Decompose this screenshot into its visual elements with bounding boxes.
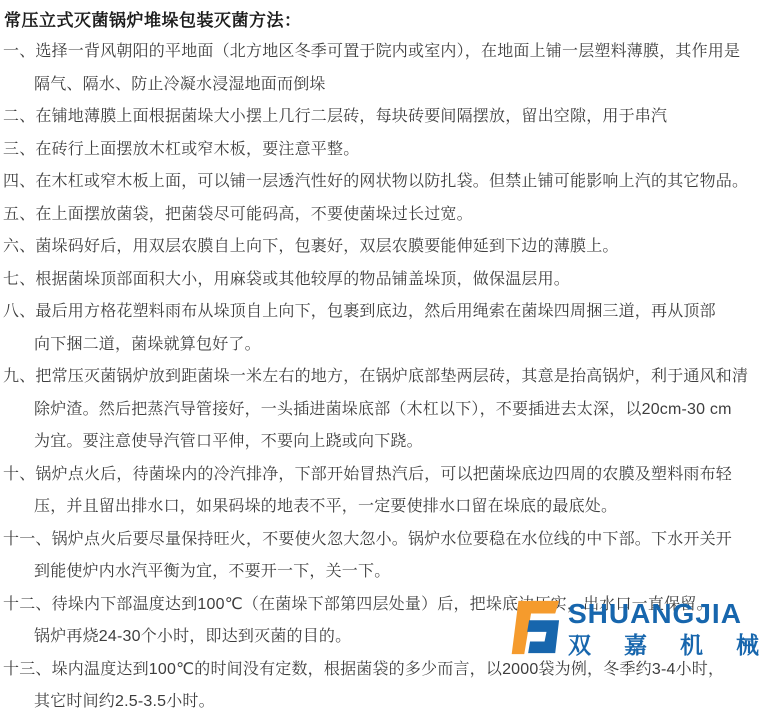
shuangjia-s-icon [503, 599, 561, 657]
instruction-line: 八、最后用方格花塑料雨布从垛顶自上向下，包裹到底边，然后用绳索在菌垛四周捆三道，… [3, 296, 763, 329]
instruction-line: 到能使炉内水汽平衡为宜，不要开一下，关一下。 [3, 556, 763, 589]
logo-text-block: SHUANGJIA 双嘉机械 [568, 599, 766, 658]
instruction-line: 除炉渣。然后把蒸汽导管接好，一头插进菌垛底部（木杠以下），不要插进去太深，以20… [3, 394, 763, 427]
logo-brand-name: SHUANGJIA [568, 599, 766, 630]
instruction-line: 一、选择一背风朝阳的平地面（北方地区冬季可置于院内或室内），在地面上铺一层塑料薄… [3, 36, 763, 69]
instruction-line: 十、锅炉点火后，待菌垛内的冷汽排净，下部开始冒热汽后，可以把菌垛底边四周的农膜及… [3, 459, 763, 492]
instruction-line: 二、在铺地薄膜上面根据菌垛大小摆上几行二层砖，每块砖要间隔摆放，留出空隙，用于串… [3, 101, 763, 134]
instruction-line: 九、把常压灭菌锅炉放到距菌垛一米左右的地方，在锅炉底部垫两层砖，其意是抬高锅炉，… [3, 361, 763, 394]
instruction-line: 向下捆二道，菌垛就算包好了。 [3, 329, 763, 362]
company-logo: SHUANGJIA 双嘉机械 [503, 599, 766, 658]
instruction-line: 其它时间约2.5-3.5小时。 [3, 686, 763, 719]
instruction-line: 十三、垛内温度达到100℃的时间没有定数，根据菌袋的多少而言，以2000袋为例，… [3, 654, 763, 687]
instruction-line: 隔气、隔水、防止冷凝水浸湿地面而倒垛 [3, 69, 763, 102]
document-page: 常压立式灭菌锅炉堆垛包装灭菌方法： 一、选择一背风朝阳的平地面（北方地区冬季可置… [0, 0, 766, 719]
page-title: 常压立式灭菌锅炉堆垛包装灭菌方法： [4, 6, 302, 31]
instruction-line: 压，并且留出排水口，如果码垛的地表不平，一定要使排水口留在垛底的最底处。 [3, 491, 763, 524]
instruction-line: 六、菌垛码好后，用双层农膜自上向下，包裹好，双层农膜要能伸延到下边的薄膜上。 [3, 231, 763, 264]
instruction-line: 七、根据菌垛顶部面积大小，用麻袋或其他较厚的物品铺盖垛顶，做保温层用。 [3, 264, 763, 297]
instruction-line: 四、在木杠或窄木板上面，可以铺一层透汽性好的网状物以防扎袋。但禁止铺可能影响上汽… [3, 166, 763, 199]
instruction-line: 为宜。要注意使导汽管口平伸，不要向上跷或向下跷。 [3, 426, 763, 459]
logo-chinese-name: 双嘉机械 [568, 633, 766, 658]
instruction-line: 三、在砖行上面摆放木杠或窄木板，要注意平整。 [3, 134, 763, 167]
instruction-line: 十一、锅炉点火后要尽量保持旺火，不要使火忽大忽小。锅炉水位要稳在水位线的中下部。… [3, 524, 763, 557]
instruction-line: 五、在上面摆放菌袋，把菌袋尽可能码高，不要使菌垛过长过宽。 [3, 199, 763, 232]
